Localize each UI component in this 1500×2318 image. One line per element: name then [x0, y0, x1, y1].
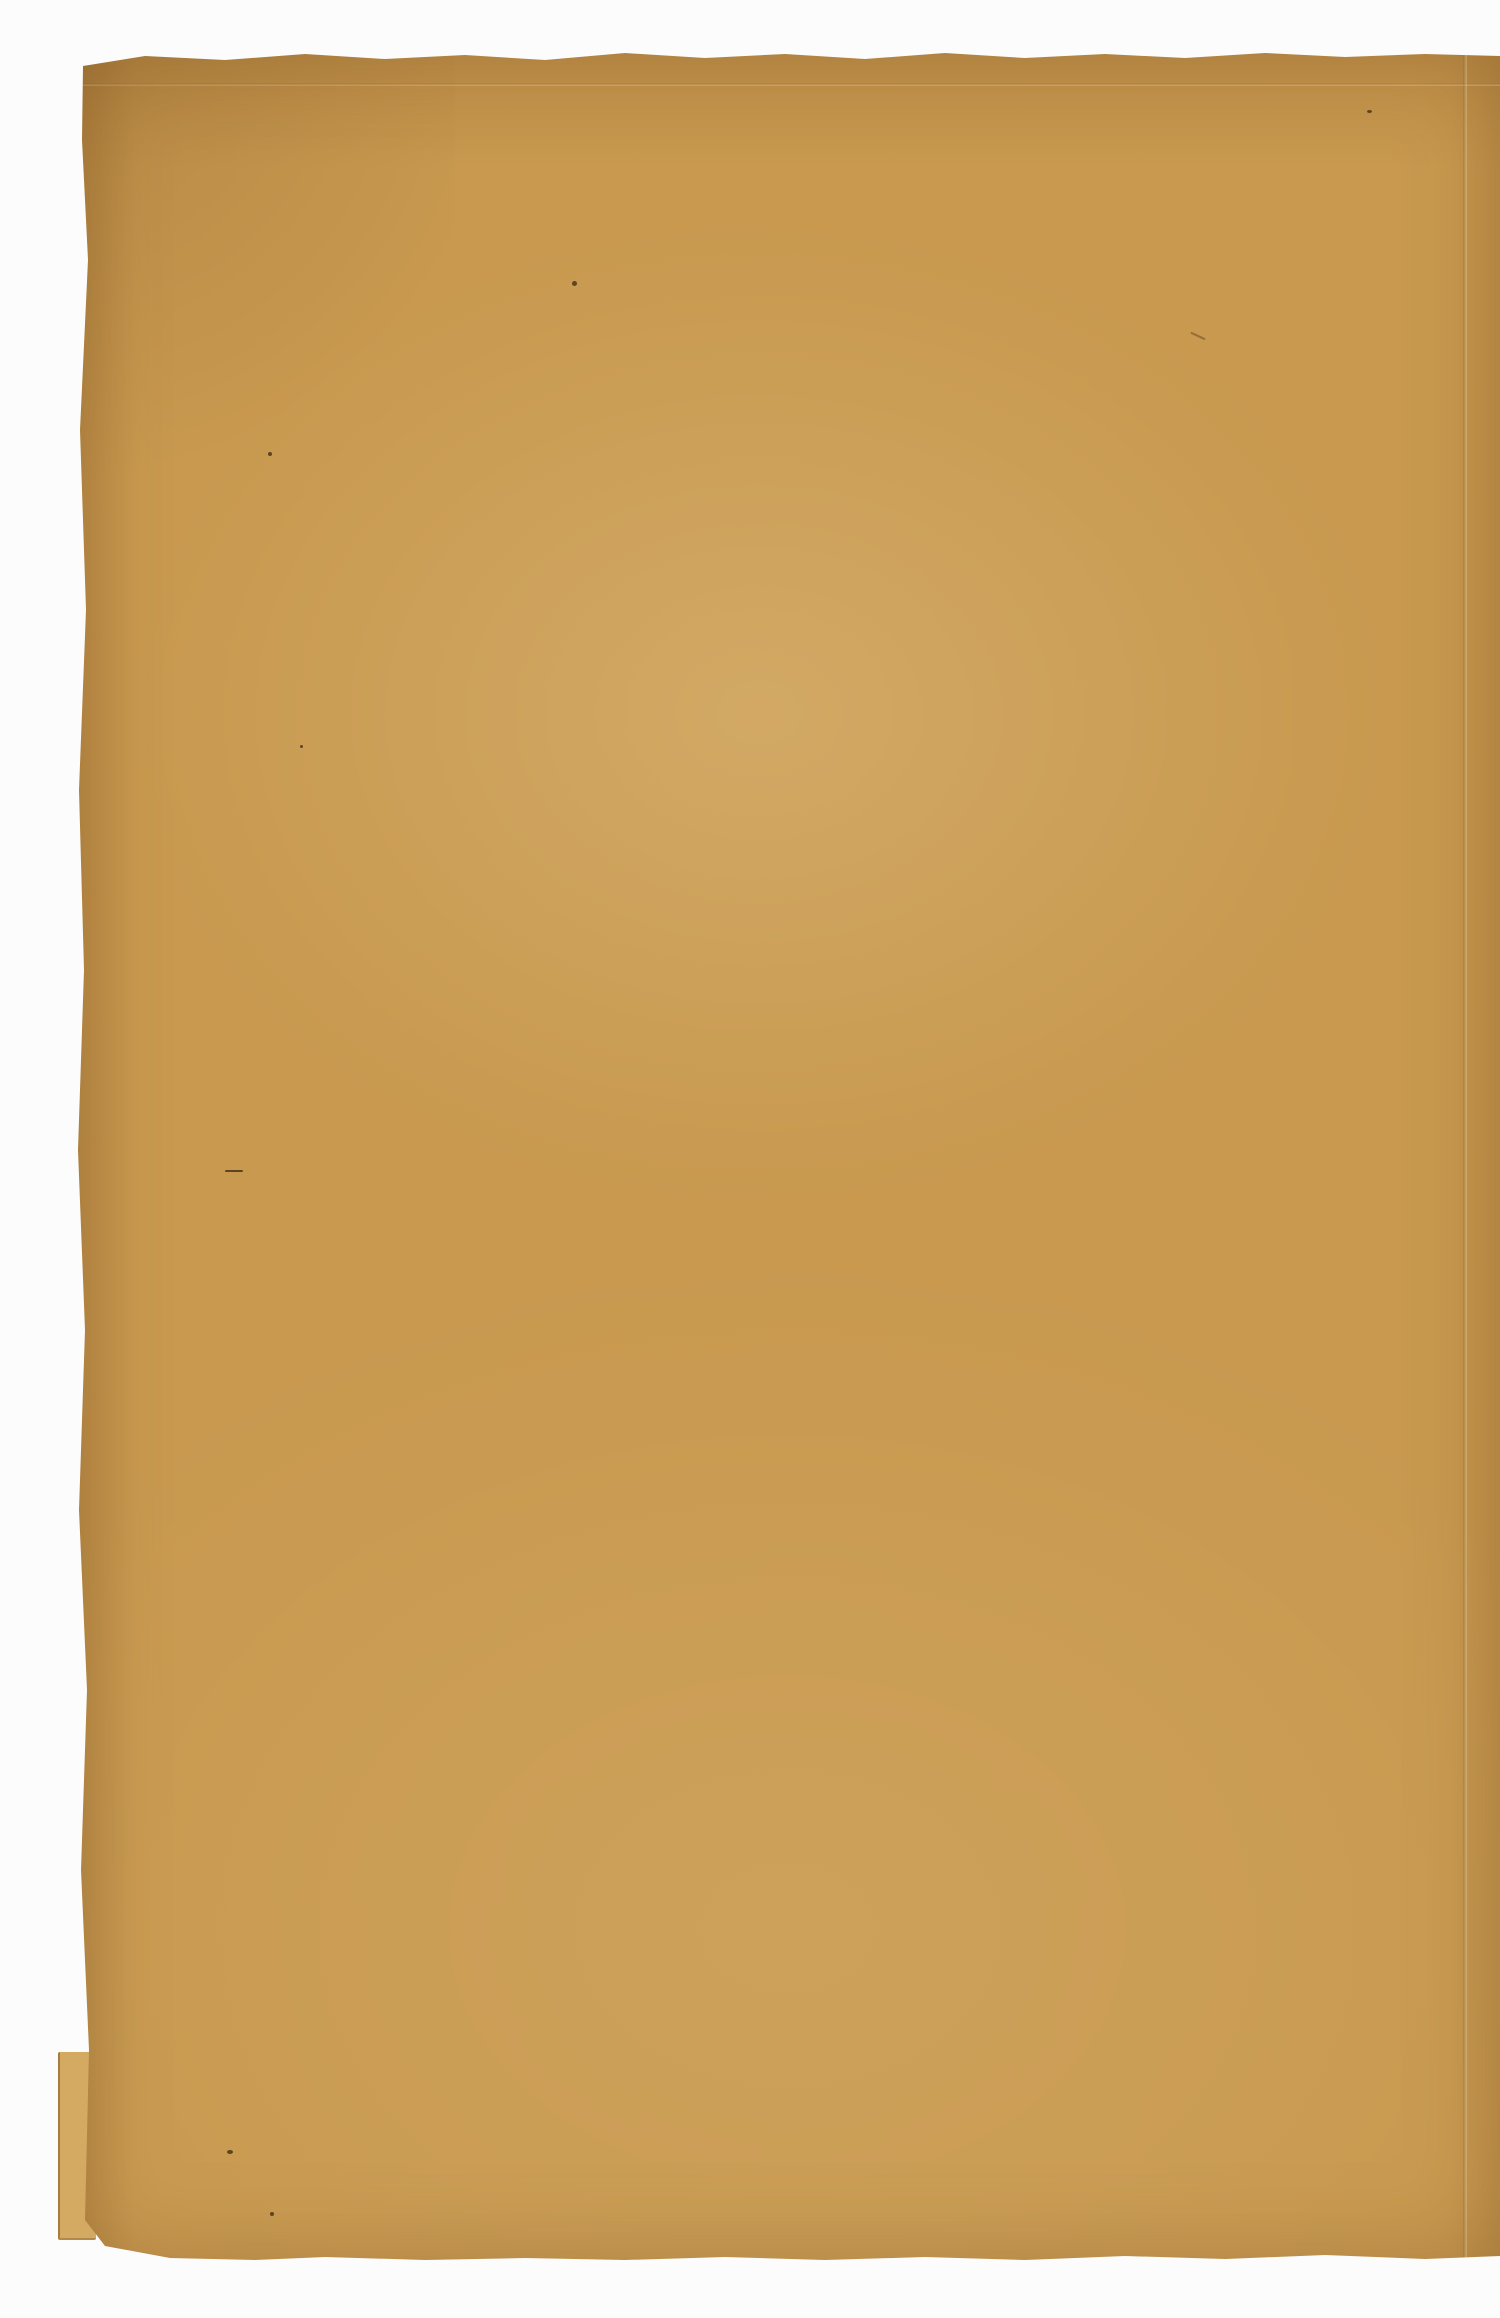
paper-speck [1367, 110, 1372, 113]
paper-sheet [75, 50, 1500, 2261]
paper-speck [300, 745, 303, 748]
paper-speck [572, 281, 577, 286]
vertical-fold-crease [1463, 50, 1467, 2261]
corner-fold-shade [75, 50, 455, 530]
paper-speck [270, 2212, 274, 2216]
margin-mark [225, 1170, 243, 1172]
document-page-scan: 6 there is no more chance for the organi… [0, 0, 1500, 2318]
paper-fiber [1190, 332, 1205, 341]
paper-speck [227, 2150, 233, 2154]
paper-speck [268, 452, 272, 456]
